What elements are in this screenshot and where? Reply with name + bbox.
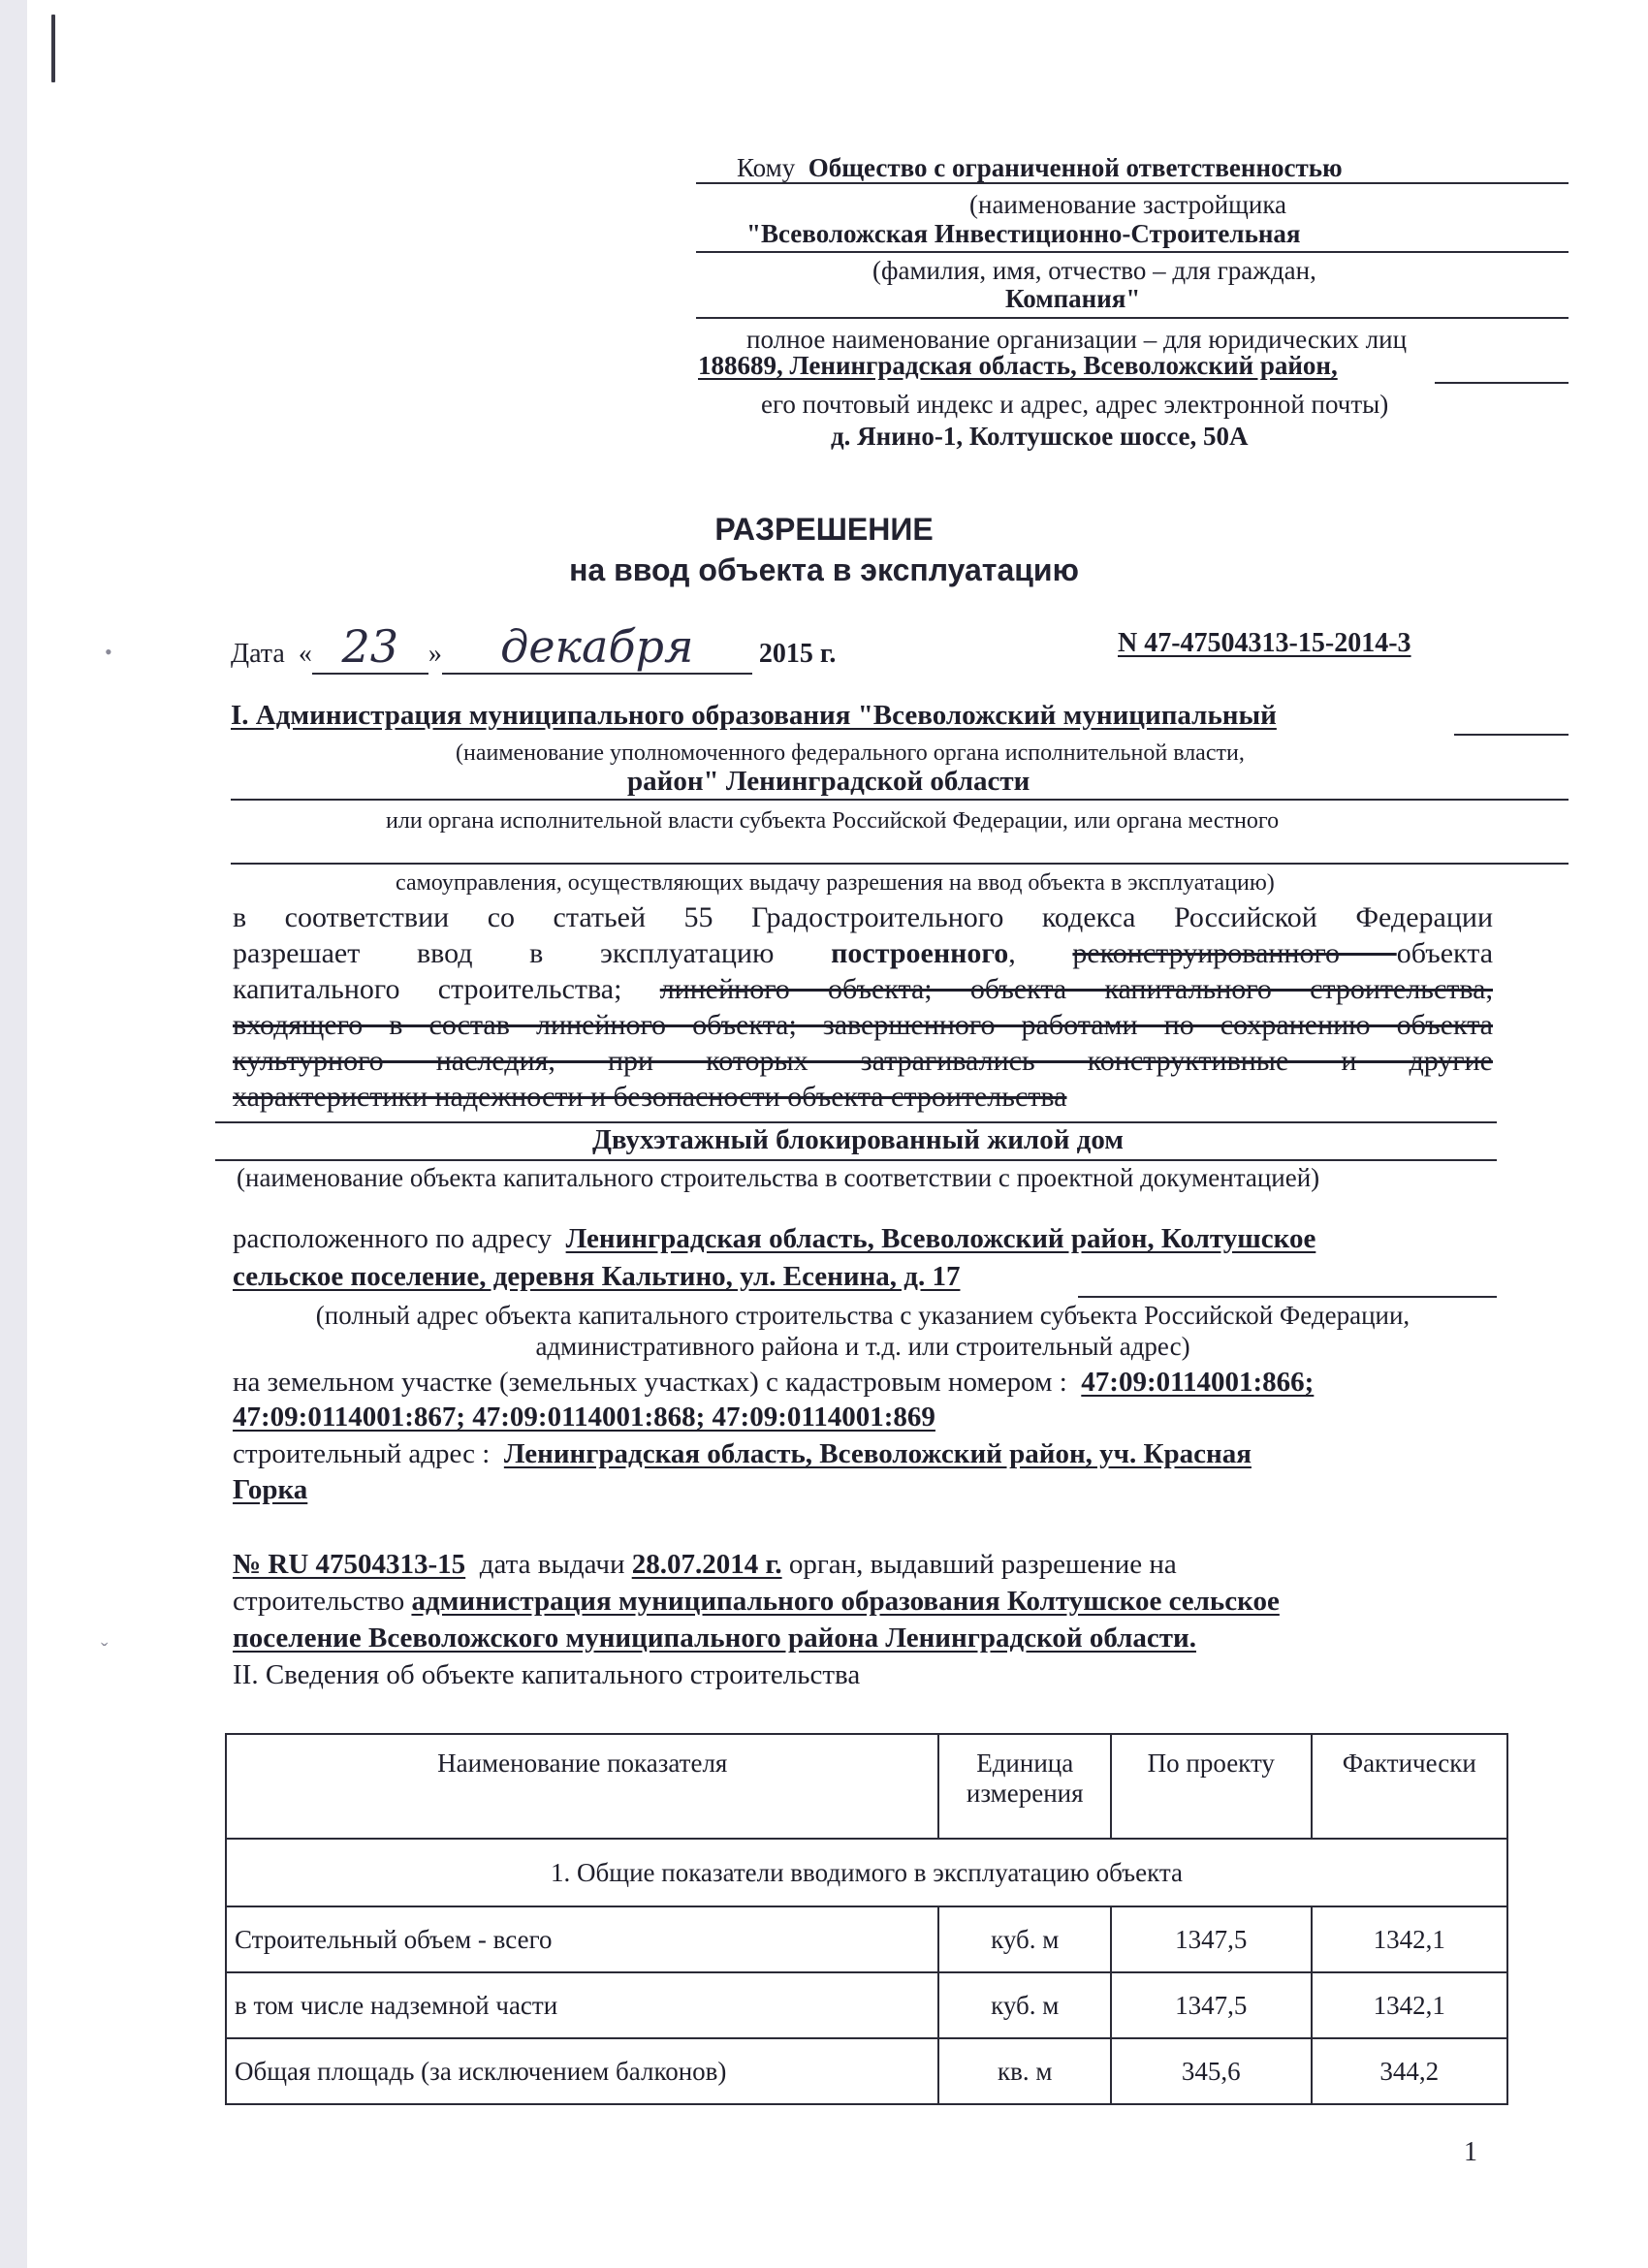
indicators-table: Наименование показателя Единица измерени… <box>225 1733 1508 2105</box>
build-address-line-1: строительный адрес : Ленинградская облас… <box>233 1438 1252 1470</box>
underline <box>1435 382 1569 384</box>
construction-permit-line-1: № RU 47504313-15 дата выдачи 28.07.2014 … <box>233 1549 1177 1581</box>
date-month: декабря <box>442 620 752 675</box>
object-name: Двухэтажный блокированный жилой дом <box>0 1124 1648 1156</box>
underline <box>231 863 1569 865</box>
caption-address-2: административного района и т.д. или стро… <box>0 1332 1648 1362</box>
cell-name: Общая площадь (за исключением балконов) <box>226 2038 938 2104</box>
caption-object-name: (наименование объекта капитального строи… <box>237 1163 1319 1193</box>
cell-project: 1347,5 <box>1111 1906 1312 1972</box>
date-day: 23 <box>312 620 428 675</box>
document-title: РАЗРЕШЕНИЕ <box>0 512 1648 548</box>
underline <box>1078 1296 1497 1298</box>
caption-address-1: (полный адрес объекта капитального строи… <box>0 1301 1648 1331</box>
caption-authority-3: самоуправления, осуществляющих выдачу ра… <box>396 870 1275 897</box>
addressee-line-3: Компания" <box>1005 284 1140 314</box>
caption-postal: его почтовый индекс и адрес, адрес элект… <box>761 390 1388 420</box>
cell-actual: 1342,1 <box>1312 1906 1507 1972</box>
table-row: Общая площадь (за исключением балконов) … <box>226 2038 1507 2104</box>
document-subtitle: на ввод объекта в эксплуатацию <box>0 552 1648 588</box>
underline <box>215 1159 1497 1161</box>
construction-permit-line-2: строительство администрация муниципально… <box>233 1586 1280 1618</box>
col-header-project: По проекту <box>1111 1734 1312 1839</box>
section-2-title: II. Сведения об объекте капитального стр… <box>233 1659 860 1691</box>
authority-line-2: район" Ленинградской области <box>627 766 1030 798</box>
construction-permit-line-3: поселение Всеволожского муниципального р… <box>233 1622 1196 1654</box>
permit-number: N 47-47504313-15-2014-3 <box>1118 628 1411 659</box>
cell-name: Строительный объем - всего <box>226 1906 938 1972</box>
cell-project: 1347,5 <box>1111 1972 1312 2038</box>
date-line: Дата «23»декабря 2015 г. <box>231 620 836 675</box>
cell-unit: куб. м <box>938 1972 1110 2038</box>
cell-project: 345,6 <box>1111 2038 1312 2104</box>
scan-smudge: • <box>105 640 112 665</box>
col-header-actual: Фактически <box>1312 1734 1507 1839</box>
caption-authority-1: (наименование уполномоченного федерально… <box>456 740 1245 767</box>
cell-actual: 344,2 <box>1312 2038 1507 2104</box>
col-header-name: Наименование показателя <box>226 1734 938 1839</box>
cadastral-line-2: 47:09:0114001:867; 47:09:0114001:868; 47… <box>233 1402 935 1433</box>
table-header-row: Наименование показателя Единица измерени… <box>226 1734 1507 1839</box>
object-address-line-2: сельское поселение, деревня Кальтино, ул… <box>233 1261 960 1293</box>
underline <box>215 1121 1497 1123</box>
document-page: • ˇ Кому Общество с ограниченной ответст… <box>0 0 1648 2268</box>
cadastral-line-1: на земельном участке (земельных участках… <box>233 1367 1314 1399</box>
scan-smudge: ˇ <box>101 1638 108 1663</box>
underline <box>696 317 1569 319</box>
col-header-unit: Единица измерения <box>938 1734 1110 1839</box>
scan-mark <box>51 15 55 82</box>
addressee-line-4: 188689, Ленинградская область, Всеволожс… <box>698 351 1338 381</box>
addressee-line-1: Кому Общество с ограниченной ответственн… <box>737 153 1343 183</box>
underline <box>696 182 1569 184</box>
cell-unit: кв. м <box>938 2038 1110 2104</box>
page-number: 1 <box>1464 2137 1477 2168</box>
permit-paragraph: в соответствии со статьей 55 Градостроит… <box>233 899 1493 1115</box>
table-row: в том числе надземной части куб. м 1347,… <box>226 1972 1507 2038</box>
underline <box>231 799 1569 801</box>
caption-developer: (наименование застройщика <box>969 190 1286 220</box>
addressee-line-5: д. Янино-1, Колтушское шоссе, 50А <box>831 422 1249 452</box>
caption-authority-2: или органа исполнительной власти субъект… <box>386 808 1279 835</box>
table-row: Строительный объем - всего куб. м 1347,5… <box>226 1906 1507 1972</box>
addressee-line-2: "Всеволожская Инвестиционно-Строительная <box>746 219 1301 249</box>
object-address-line-1: расположенного по адресу Ленинградская о… <box>233 1223 1315 1255</box>
caption-citizen: (фамилия, имя, отчество – для граждан, <box>872 256 1316 286</box>
authority-line-1: I. Администрация муниципального образова… <box>231 700 1277 732</box>
build-address-line-2: Горка <box>233 1474 307 1506</box>
cell-unit: куб. м <box>938 1906 1110 1972</box>
cell-actual: 1342,1 <box>1312 1972 1507 2038</box>
underline <box>696 251 1569 253</box>
cell-name: в том числе надземной части <box>226 1972 938 2038</box>
table-group-row: 1. Общие показатели вводимого в эксплуат… <box>226 1839 1507 1906</box>
underline <box>1454 734 1569 736</box>
group-title: 1. Общие показатели вводимого в эксплуат… <box>226 1839 1507 1906</box>
